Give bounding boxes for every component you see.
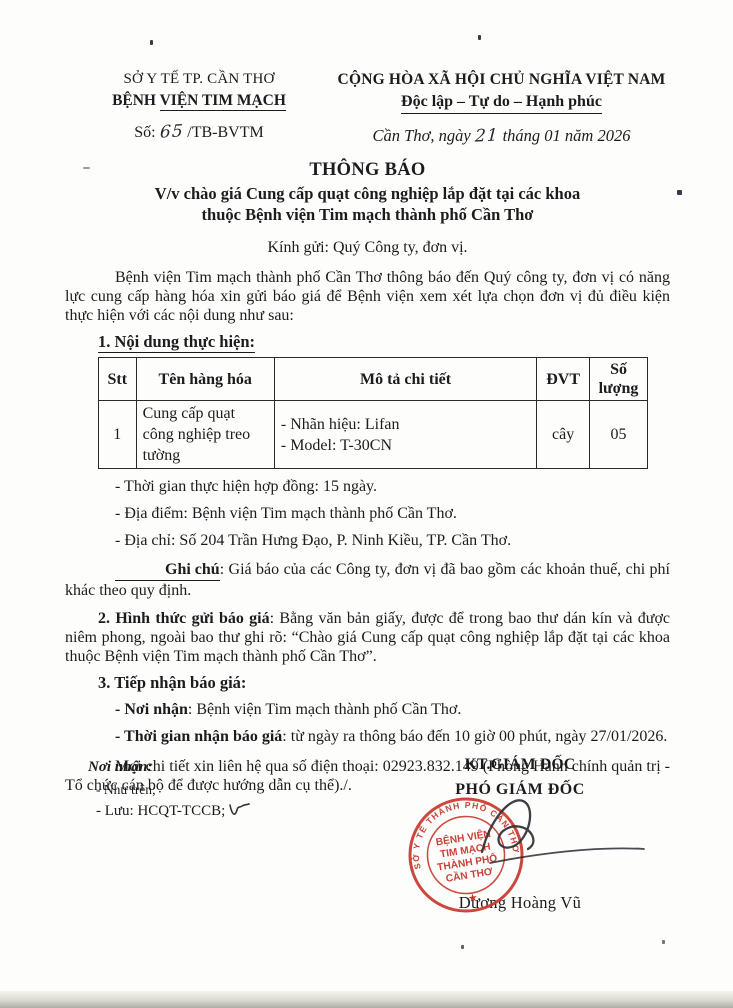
handwritten-signature (420, 788, 660, 883)
bullet-location: - Địa điểm: Bệnh viện Tim mạch thành phố… (115, 504, 670, 523)
intro-paragraph: Bệnh viện Tim mạch thành phố Cần Thơ thô… (65, 268, 670, 325)
recipient-item: - Lưu: HCQT-TCCB; (88, 802, 251, 821)
scan-artifact (83, 167, 90, 169)
scanned-document-page: SỞ Y TẾ TP. CẦN THƠ BỆNH VIỆN TIM MẠCH S… (0, 0, 733, 1008)
handwritten-number: 65 (159, 122, 184, 142)
section2-paragraph: 2. Hình thức gửi báo giá: Bằng văn bản g… (65, 609, 670, 666)
note-paragraph: Ghi chú: Giá báo của các Công ty, đơn vị… (65, 560, 670, 600)
hospital-name: BỆNH VIỆN TIM MẠCH (65, 91, 333, 110)
items-table: Stt Tên hàng hóa Mô tả chi tiết ĐVT Số l… (98, 357, 648, 469)
cell-quantity: 05 (590, 401, 648, 469)
cell-item-name: Cung cấp quạt công nghiệp treo tường (136, 401, 274, 469)
signer-authority: KT.GIÁM ĐỐC (430, 755, 610, 774)
recipients-block: Nơi nhận: - Như trên; - Lưu: HCQT-TCCB; (88, 758, 251, 821)
bullet-receive-place: - Nơi nhận: Bệnh viện Tim mạch thành phố… (115, 700, 670, 719)
bullet-receive-time: - Thời gian nhận báo giá: từ ngày ra thô… (115, 727, 670, 746)
col-header-stt: Stt (99, 358, 137, 401)
col-header-qty: Số lượng (590, 358, 648, 401)
bullet-address: - Địa chỉ: Số 204 Trần Hưng Đạo, P. Ninh… (115, 531, 670, 550)
document-title: THÔNG BÁO (65, 161, 670, 180)
parent-department-name: SỞ Y TẾ TP. CẦN THƠ (65, 70, 333, 89)
recipients-title: Nơi nhận: (88, 758, 251, 777)
scan-artifact (478, 35, 481, 40)
national-header-block: CỘNG HÒA XÃ HỘI CHỦ NGHĨA VIỆT NAM Độc l… (333, 70, 670, 146)
national-motto-line2: Độc lập – Tự do – Hạnh phúc (401, 92, 602, 114)
document-subtitle: V/v chào giá Cung cấp quạt công nghiệp l… (65, 183, 670, 225)
handwritten-mark (227, 803, 251, 819)
recipient-item: - Như trên; (88, 780, 251, 799)
document-header: SỞ Y TẾ TP. CẦN THƠ BỆNH VIỆN TIM MẠCH S… (65, 70, 670, 146)
salutation: Kính gửi: Quý Công ty, đơn vị. (65, 238, 670, 257)
section3-heading: 3. Tiếp nhận báo giá: (98, 673, 670, 692)
issuing-authority-block: SỞ Y TẾ TP. CẦN THƠ BỆNH VIỆN TIM MẠCH S… (65, 70, 333, 146)
document-number: Số: 65 /TB-BVTM (65, 123, 333, 142)
table-row: 1 Cung cấp quạt công nghiệp treo tường -… (99, 401, 648, 469)
national-motto-line1: CỘNG HÒA XÃ HỘI CHỦ NGHĨA VIỆT NAM (333, 70, 670, 89)
handwritten-day: 21 (474, 126, 499, 146)
place-and-date: Cần Thơ, ngày 21 tháng 01 năm 2026 (333, 126, 670, 146)
col-header-unit: ĐVT (537, 358, 590, 401)
scan-artifact (677, 190, 682, 195)
col-header-desc: Mô tả chi tiết (274, 358, 536, 401)
cell-unit: cây (537, 401, 590, 469)
scan-artifact (150, 40, 153, 45)
scan-edge-shadow (0, 991, 733, 1008)
title-block: THÔNG BÁO V/v chào giá Cung cấp quạt côn… (65, 161, 670, 225)
cell-description: - Nhãn hiệu: Lifan - Model: T-30CN (274, 401, 536, 469)
col-header-name: Tên hàng hóa (136, 358, 274, 401)
stamp-star-icon: ★ (467, 892, 479, 905)
section1-heading: 1. Nội dung thực hiện: (98, 332, 670, 353)
table-header-row: Stt Tên hàng hóa Mô tả chi tiết ĐVT Số l… (99, 358, 648, 401)
bullet-duration: - Thời gian thực hiện hợp đồng: 15 ngày. (115, 477, 670, 496)
cell-stt: 1 (99, 401, 137, 469)
